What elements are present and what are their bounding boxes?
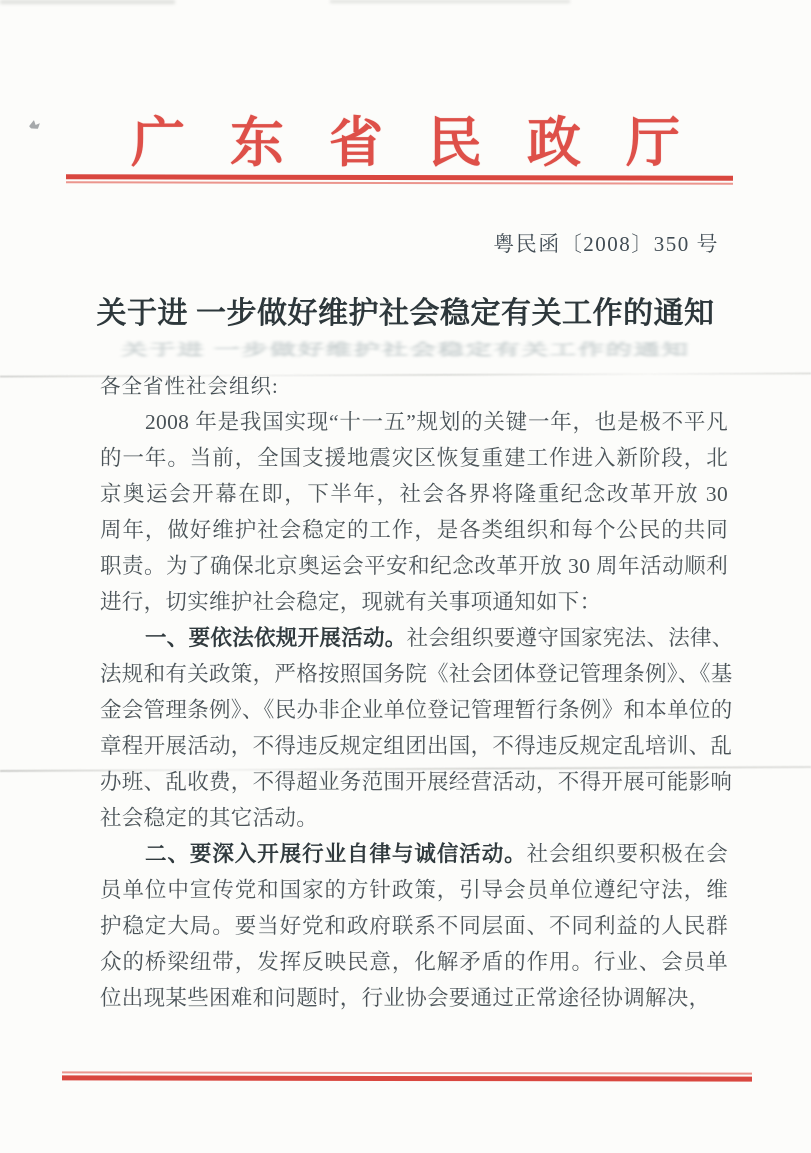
body-line-2: 的一年。当前，全国支援地震灾区恢复重建工作进入新阶段，北: [100, 440, 728, 476]
section-1-text: 社会组织要遵守国家宪法、法律、: [407, 626, 734, 650]
divider-thin-line: [66, 181, 733, 184]
letterhead-agency-name: 广东省民政厅: [0, 100, 811, 177]
body-line-15: 护稳定大局。要当好党和政府联系不同层面、不同利益的人民群: [100, 908, 728, 944]
document-reference-number: 粤民函〔2008〕350 号: [493, 228, 719, 258]
section-2-heading: 二、要深入开展行业自律与诚信活动。: [145, 842, 527, 866]
divider-thick-line: [62, 1075, 752, 1081]
footer-divider-rule: [62, 1071, 752, 1081]
scan-edge-smudge: [330, 0, 570, 3]
body-line-16: 众的桥梁纽带，发挥反映民意，化解矛盾的作用。行业、会员单: [100, 944, 728, 980]
document-body: 2008 年是我国实现“十一五”规划的关键一年，也是极不平凡 的一年。当前，全国…: [100, 404, 728, 1016]
body-line-3: 京奥运会开幕在即，下半年，社会各界将隆重纪念改革开放 30: [100, 476, 728, 512]
body-line-17: 位出现某些困难和问题时，行业协会要通过正常途径协调解决，: [100, 980, 728, 1016]
letterhead-divider-rule: [66, 174, 733, 184]
body-line-9: 金会管理条例》、《民办非企业单位登记管理暂行条例》和本单位的: [100, 692, 728, 728]
body-line-13: 二、要深入开展行业自律与诚信活动。社会组织要积极在会: [100, 836, 728, 872]
body-line-14: 员单位中宣传党和国家的方针政策，引导会员单位遵纪守法，维: [100, 872, 728, 908]
divider-thick-line: [66, 174, 733, 180]
body-line-6: 进行，切实维护社会稳定，现就有关事项通知如下：: [100, 584, 728, 620]
body-line-12: 社会稳定的其它活动。: [100, 800, 728, 836]
document-title: 关于进 一步做好维护社会稳定有关工作的通知: [0, 288, 811, 332]
body-line-5: 职责。为了确保北京奥运会平安和纪念改革开放 30 周年活动顺利: [100, 548, 728, 584]
body-line-7: 一、要依法依规开展活动。社会组织要遵守国家宪法、法律、: [100, 620, 728, 656]
section-2-text: 社会组织要积极在会: [527, 842, 728, 866]
divider-thin-line: [62, 1071, 752, 1074]
body-line-8: 法规和有关政策，严格按照国务院《社会团体登记管理条例》、《基: [100, 656, 728, 692]
title-bleedthrough-artifact: 关于进 一步做好维护社会稳定有关工作的通知: [0, 337, 811, 360]
body-line-1: 2008 年是我国实现“十一五”规划的关键一年，也是极不平凡: [100, 404, 728, 440]
salutation: 各全省性社会组织:: [100, 369, 279, 399]
body-line-4: 周年，做好维护社会稳定的工作，是各类组织和每个公民的共同: [100, 512, 728, 548]
scan-edge-smudge: [0, 0, 175, 4]
scanned-document-page: 广东省民政厅 粤民函〔2008〕350 号 关于进 一步做好维护社会稳定有关工作…: [0, 0, 811, 1153]
body-line-11: 办班、乱收费，不得超业务范围开展经营活动，不得开展可能影响: [100, 764, 728, 800]
body-line-10: 章程开展活动，不得违反规定组团出国，不得违反规定乱培训、乱: [100, 728, 728, 764]
section-1-heading: 一、要依法依规开展活动。: [145, 626, 407, 650]
